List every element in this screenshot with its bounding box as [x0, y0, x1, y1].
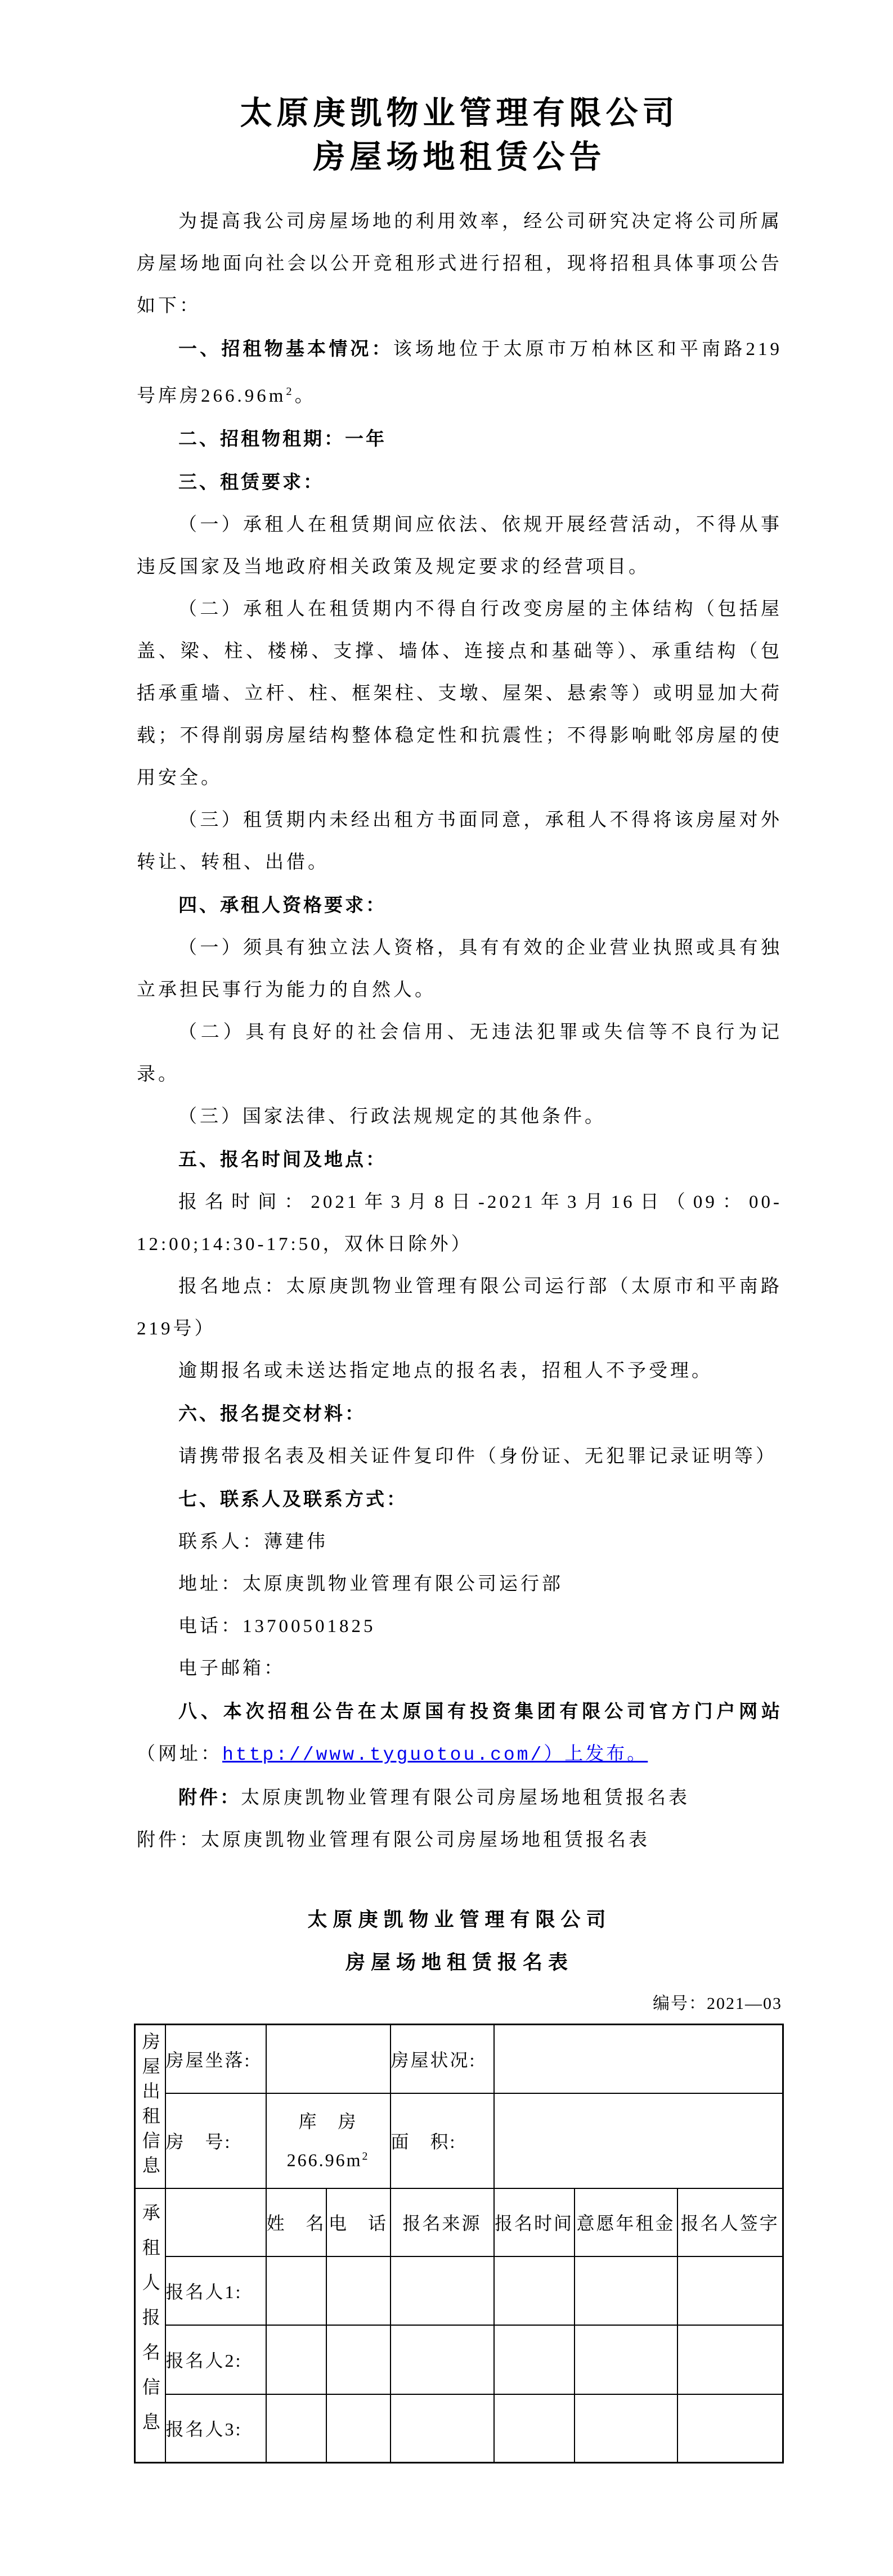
section-1-paragraph: 一、招租物基本情况：该场地位于太原市万柏林区和平南路219号库房266.96m2… [137, 327, 782, 417]
section-2-heading: 二、招租物租期：一年 [178, 428, 387, 449]
header-name: 姓 名 [266, 2188, 326, 2256]
applicant-1-name-cell [266, 2256, 326, 2325]
header-signup-time: 报名时间 [494, 2188, 575, 2256]
applicant-1-rent-cell [575, 2256, 677, 2325]
form-company-heading: 太原庚凯物业管理有限公司 [137, 1899, 782, 1941]
section-7-heading: 七、联系人及联系方式： [178, 1489, 407, 1509]
attachment-label: 附件： [178, 1787, 241, 1808]
section-7-paragraph: 七、联系人及联系方式： [137, 1478, 782, 1521]
qualification-1: （一）须具有独立法人资格，具有有效的企业营业执照或具有独立承担民事行为能力的自然… [137, 927, 782, 1011]
applicant-2-time-cell [494, 2325, 575, 2394]
attachment-paragraph-repeat: 附件：太原庚凯物业管理有限公司房屋场地租赁报名表 [137, 1819, 782, 1862]
side-label-house-rental-info: 房屋出租信息 [135, 2025, 165, 2188]
house-location-label-cell: 房屋坐落: [165, 2025, 266, 2093]
area-value-cell [494, 2093, 783, 2188]
applicant-2-name-cell [266, 2325, 326, 2394]
header-applicant-signature: 报名人签字 [677, 2188, 783, 2256]
overdue-paragraph: 逾期报名或未送达指定地点的报名表，招租人不予受理。 [137, 1350, 782, 1392]
header-desired-rent: 意愿年租金 [575, 2188, 677, 2256]
area-label-cell: 面 积: [391, 2093, 494, 2188]
room-area-value: 266.96m2 [267, 2139, 390, 2178]
attachment-paragraph: 附件：太原庚凯物业管理有限公司房屋场地租赁报名表 [137, 1776, 782, 1819]
applicant-1-signature-cell [677, 2256, 783, 2325]
section-5-heading: 五、报名时间及地点： [178, 1149, 387, 1170]
section-3-heading: 三、租赁要求： [178, 471, 324, 492]
applicant-3-rent-cell [575, 2394, 677, 2463]
applicant-3-label: 报名人3: [165, 2394, 266, 2463]
section-1-tail: 。 [295, 386, 316, 406]
website-pre-text: （网址： [137, 1744, 222, 1764]
section-4-heading: 四、承租人资格要求： [178, 894, 387, 915]
announcement-body: 为提高我公司房屋场地的利用效率，经公司研究决定将公司所属房屋场地面向社会以公开竞… [137, 201, 782, 1862]
room-number-value-cell: 库 房 266.96m2 [266, 2093, 391, 2188]
house-location-value-cell [266, 2025, 391, 2093]
section-8-heading: 八、本次招租公告在太原国有投资集团有限公司官方门户网站 [178, 1701, 782, 1721]
announcement-title-line1: 太原庚凯物业管理有限公司 [137, 92, 782, 136]
applicant-3-name-cell [266, 2394, 326, 2463]
section-1-heading: 一、招租物基本情况： [178, 338, 393, 359]
qualification-2: （二）具有良好的社会信用、无违法犯罪或失信等不良行为记录。 [137, 1011, 782, 1096]
applicant-2-signature-cell [677, 2325, 783, 2394]
attachment-text: 太原庚凯物业管理有限公司房屋场地租赁报名表 [241, 1788, 690, 1808]
materials-paragraph: 请携带报名表及相关证件复印件（身份证、无犯罪记录证明等） [137, 1436, 782, 1478]
announcement-document: 太原庚凯物业管理有限公司 房屋场地租赁公告 为提高我公司房屋场地的利用效率，经公… [137, 0, 782, 2463]
applicant-1-source-cell [391, 2256, 494, 2325]
house-status-label-cell: 房屋状况: [391, 2025, 494, 2093]
applicant-3-source-cell [391, 2394, 494, 2463]
tyguotou-website-link[interactable]: http://www.tyguotou.com/）上发布。 [222, 1745, 648, 1765]
signup-place-paragraph: 报名地点：太原庚凯物业管理有限公司运行部（太原市和平南路219号） [137, 1266, 782, 1350]
section-4-paragraph: 四、承租人资格要求： [137, 884, 782, 927]
header-blank-cell [165, 2188, 266, 2256]
signup-time-paragraph: 报名时间：2021年3月8日-2021年3月16日（09：00-12:00;14… [137, 1181, 782, 1266]
side-label-applicant-info: 承租人报名信息 [135, 2188, 165, 2463]
announcement-title-line2: 房屋场地租赁公告 [137, 136, 782, 179]
form-title-heading: 房屋场地租赁报名表 [137, 1941, 782, 1984]
square-meter-sup: 2 [286, 385, 294, 398]
rent-requirement-1: （一）承租人在租赁期间应依法、依规开展经营活动，不得从事违反国家及当地政府相关政… [137, 504, 782, 588]
room-number-label-cell: 房 号: [165, 2093, 266, 2188]
applicant-2-phone-cell [326, 2325, 391, 2394]
applicant-3-phone-cell [326, 2394, 391, 2463]
header-signup-source: 报名来源 [391, 2188, 494, 2256]
applicant-3-time-cell [494, 2394, 575, 2463]
applicant-1-time-cell [494, 2256, 575, 2325]
applicant-3-signature-cell [677, 2394, 783, 2463]
section-8-paragraph: 八、本次招租公告在太原国有投资集团有限公司官方门户网站（网址：http://ww… [137, 1690, 782, 1776]
applicant-2-label: 报名人2: [165, 2325, 266, 2394]
applicant-1-label: 报名人1: [165, 2256, 266, 2325]
rent-requirement-2: （二）承租人在租赁期内不得自行改变房屋的主体结构（包括屋盖、梁、柱、楼梯、支撑、… [137, 588, 782, 799]
section-6-paragraph: 六、报名提交材料： [137, 1392, 782, 1436]
applicant-2-source-cell [391, 2325, 494, 2394]
application-form-section: 太原庚凯物业管理有限公司 房屋场地租赁报名表 编号：2021—03 房屋出租信息… [137, 1899, 782, 2463]
section-3-paragraph: 三、租赁要求： [137, 461, 782, 504]
area-sup: 2 [362, 2150, 369, 2163]
rental-application-table: 房屋出租信息 房屋坐落: 房屋状况: 房 号: 库 房 266.96m2 面 积… [134, 2024, 784, 2463]
applicant-2-rent-cell [575, 2325, 677, 2394]
applicant-1-phone-cell [326, 2256, 391, 2325]
section-6-heading: 六、报名提交材料： [178, 1403, 366, 1424]
room-type-value: 库 房 [267, 2104, 390, 2139]
qualification-3: （三）国家法律、行政法规规定的其他条件。 [137, 1096, 782, 1138]
intro-paragraph: 为提高我公司房屋场地的利用效率，经公司研究决定将公司所属房屋场地面向社会以公开竞… [137, 201, 782, 327]
house-status-value-cell [494, 2025, 783, 2093]
section-5-paragraph: 五、报名时间及地点： [137, 1138, 782, 1181]
document-page: 太原庚凯物业管理有限公司 房屋场地租赁公告 为提高我公司房屋场地的利用效率，经公… [0, 0, 893, 2576]
rent-requirement-3: （三）租赁期内未经出租方书面同意，承租人不得将该房屋对外转让、转租、出借。 [137, 799, 782, 884]
contact-phone-paragraph: 电话：13700501825 [137, 1606, 782, 1648]
section-2-paragraph: 二、招租物租期：一年 [137, 417, 782, 461]
serial-number: 编号：2021—03 [137, 1988, 782, 2020]
header-phone: 电 话 [326, 2188, 391, 2256]
contact-email-paragraph: 电子邮箱： [137, 1648, 782, 1690]
contact-address-paragraph: 地址：太原庚凯物业管理有限公司运行部 [137, 1563, 782, 1606]
contact-name-paragraph: 联系人：薄建伟 [137, 1521, 782, 1563]
